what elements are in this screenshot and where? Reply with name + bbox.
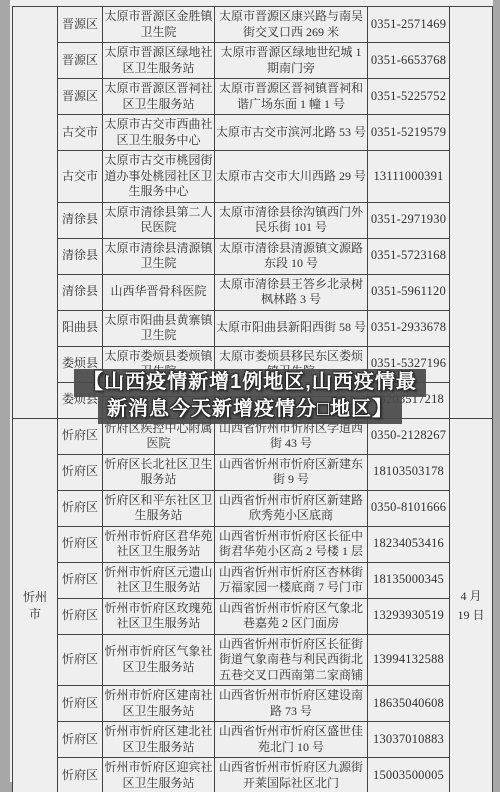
facility-name-cell: 太原市晋源区晋祠社区卫生服务站 bbox=[103, 79, 215, 114]
facility-name-cell: 忻州市忻府区玫瑰苑社区卫生服务站 bbox=[103, 599, 215, 634]
table-row: 忻府区忻州市忻府区建北社区卫生服务站山西省忻州市忻府区盛世佳苑北门 10 号13… bbox=[58, 722, 449, 758]
phone-cell: 0351-5219579 bbox=[368, 115, 449, 150]
address-cell: 山西省忻州市忻府区学道西街 43 号 bbox=[215, 419, 368, 454]
phone-cell: 13994132588 bbox=[368, 635, 449, 686]
district-cell: 娄烦县 bbox=[58, 383, 103, 418]
table-row: 阳曲县太原市阳曲县黄寨镇卫生院太原市阳曲县新阳西街 58 号0351-29336… bbox=[58, 311, 449, 347]
table-row: 娄烦县太原市娄烦县娄烦镇卫生院太原市娄烦县移民东区娄烦镇卫生院0351-5327… bbox=[58, 347, 449, 383]
phone-cell: 0351-6653768 bbox=[368, 43, 449, 78]
date-cell: 4 月 19 日 bbox=[449, 419, 492, 792]
district-cell: 晋源区 bbox=[58, 7, 103, 42]
phone-cell: 18135000345 bbox=[368, 563, 449, 598]
group-rows: 忻府区忻府区疾控中心附属医院山西省忻州市忻府区学道西街 43 号0350-212… bbox=[58, 419, 449, 792]
address-cell: 太原市清徐县王答乡北录树枫林路 3 号 bbox=[215, 275, 368, 310]
health-facility-table: 晋源区太原市晋源区金胜镇卫生院太原市晋源区康兴路与南吴街交叉口西 269 米03… bbox=[12, 6, 493, 792]
table-row: 清徐县山西华晋骨科医院太原市清徐县王答乡北录树枫林路 3 号0351-59611… bbox=[58, 275, 449, 311]
phone-cell: 0350-8101666 bbox=[368, 491, 449, 526]
address-cell: 太原市清徐县徐沟镇西门外民乐街 101 号 bbox=[215, 203, 368, 238]
address-cell: 山西省忻州市忻府区气象北巷嘉苑 2 区门面房 bbox=[215, 599, 368, 634]
address-cell: 太原市阳曲县新阳西街 58 号 bbox=[215, 311, 368, 346]
address-cell: 山西省忻州市忻府区建设南路 73 号 bbox=[215, 686, 368, 721]
screenshot-page: 晋源区太原市晋源区金胜镇卫生院太原市晋源区康兴路与南吴街交叉口西 269 米03… bbox=[0, 0, 500, 792]
address-cell: 山西省忻州市忻府区长征街街道气象南巷与利民西街北五巷交叉口西南第二家商铺 bbox=[215, 635, 368, 686]
district-cell: 忻府区 bbox=[58, 527, 103, 562]
district-cell: 忻府区 bbox=[58, 635, 103, 686]
district-cell: 忻府区 bbox=[58, 599, 103, 634]
facility-name-cell: 太原市晋源区金胜镇卫生院 bbox=[103, 7, 215, 42]
address-cell: 山西省忻州市忻府区盛世佳苑北门 10 号 bbox=[215, 722, 368, 757]
facility-name-cell: 忻州市忻府区建南社区卫生服务站 bbox=[103, 686, 215, 721]
phone-cell: 18103503178 bbox=[368, 455, 449, 490]
phone-cell: 0350-2128267 bbox=[368, 419, 449, 454]
address-cell: 太原市清徐县清源镇文源路东段 10 号 bbox=[215, 239, 368, 274]
address-cell: 山西省忻州市忻府区杏林街万福家园一楼底商 7 号门市 bbox=[215, 563, 368, 598]
facility-name-cell: 忻府区长北社区卫生服务站 bbox=[103, 455, 215, 490]
facility-name-cell: 忻州市忻府区君华苑社区卫生服务站 bbox=[103, 527, 215, 562]
district-cell: 阳曲县 bbox=[58, 311, 103, 346]
address-cell: 太原市古交市大川西路 29 号 bbox=[215, 151, 368, 202]
phone-cell: 0351-2971930 bbox=[368, 203, 449, 238]
district-cell: 忻府区 bbox=[58, 722, 103, 757]
phone-cell: 0351-5961120 bbox=[368, 275, 449, 310]
city-cell bbox=[13, 7, 58, 418]
district-cell: 清徐县 bbox=[58, 203, 103, 238]
date-cell bbox=[449, 7, 492, 418]
address-cell: 太原市晋源区绿地世纪城 1 期南门旁 bbox=[215, 43, 368, 78]
district-cell: 忻府区 bbox=[58, 686, 103, 721]
table-row: 忻府区忻府区和平东社区卫生服务站山西省忻州市忻府区新建路欣秀苑小区底商0350-… bbox=[58, 491, 449, 527]
facility-name-cell: 忻州市忻府区迎宾社区卫生服务站 bbox=[103, 758, 215, 792]
address-cell: 山西省忻州市忻府区长征中街君华苑小区高 2 号楼 1 层 bbox=[215, 527, 368, 562]
address-cell: 山西省忻州市忻府区新建东街 9 号 bbox=[215, 455, 368, 490]
district-cell: 晋源区 bbox=[58, 43, 103, 78]
facility-name-cell bbox=[103, 383, 215, 418]
address-cell bbox=[215, 383, 368, 418]
city-group-0: 晋源区太原市晋源区金胜镇卫生院太原市晋源区康兴路与南吴街交叉口西 269 米03… bbox=[13, 7, 492, 419]
phone-cell: 15003500005 bbox=[368, 758, 449, 792]
facility-name-cell: 太原市晋源区绿地社区卫生服务站 bbox=[103, 43, 215, 78]
table-row: 忻府区忻州市忻府区迎宾社区卫生服务站山西省忻州市忻府区九源街开莱国际社区北门15… bbox=[58, 758, 449, 792]
phone-cell: 0351-5225752 bbox=[368, 79, 449, 114]
address-cell: 太原市晋源区晋祠镇晋祠和谐广场东面 1 幢 1 号 bbox=[215, 79, 368, 114]
table-row: 忻府区忻州市忻府区玫瑰苑社区卫生服务站山西省忻州市忻府区气象北巷嘉苑 2 区门面… bbox=[58, 599, 449, 635]
table-row: 忻府区忻府区长北社区卫生服务站山西省忻州市忻府区新建东街 9 号18103503… bbox=[58, 455, 449, 491]
facility-name-cell: 忻州市忻府区元遗山社区卫生服务站 bbox=[103, 563, 215, 598]
phone-cell: 0351-2571469 bbox=[368, 7, 449, 42]
district-cell: 忻府区 bbox=[58, 419, 103, 454]
facility-name-cell: 忻州市忻府区气象社区卫生服务站 bbox=[103, 635, 215, 686]
city-group-1: 忻州 市忻府区忻府区疾控中心附属医院山西省忻州市忻府区学道西街 43 号0350… bbox=[13, 419, 492, 792]
table-row: 清徐县太原市清徐县第二人民医院太原市清徐县徐沟镇西门外民乐街 101 号0351… bbox=[58, 203, 449, 239]
table-row: 清徐县太原市清徐县清源镇卫生院太原市清徐县清源镇文源路东段 10 号0351-5… bbox=[58, 239, 449, 275]
facility-name-cell: 太原市清徐县清源镇卫生院 bbox=[103, 239, 215, 274]
phone-cell: 0351-5723168 bbox=[368, 239, 449, 274]
table-row: 忻府区忻州市忻府区元遗山社区卫生服务站山西省忻州市忻府区杏林街万福家园一楼底商 … bbox=[58, 563, 449, 599]
table-row: 忻府区忻州市忻府区君华苑社区卫生服务站山西省忻州市忻府区长征中街君华苑小区高 2… bbox=[58, 527, 449, 563]
facility-name-cell: 太原市古交市西曲社区卫生服务中心 bbox=[103, 115, 215, 150]
group-rows: 晋源区太原市晋源区金胜镇卫生院太原市晋源区康兴路与南吴街交叉口西 269 米03… bbox=[58, 7, 449, 418]
address-cell: 太原市古交市滨河北路 53 号 bbox=[215, 115, 368, 150]
address-cell: 太原市晋源区康兴路与南吴街交叉口西 269 米 bbox=[215, 7, 368, 42]
district-cell: 忻府区 bbox=[58, 563, 103, 598]
table-row: 忻府区忻州市忻府区建南社区卫生服务站山西省忻州市忻府区建设南路 73 号1863… bbox=[58, 686, 449, 722]
phone-cell: 13111000391 bbox=[368, 151, 449, 202]
table-row: 娄烦县18203517218 bbox=[58, 383, 449, 418]
facility-name-cell: 山西华晋骨科医院 bbox=[103, 275, 215, 310]
district-cell: 忻府区 bbox=[58, 491, 103, 526]
table-row: 古交市太原市古交市桃园街道办事处桃园社区卫生服务中心太原市古交市大川西路 29 … bbox=[58, 151, 449, 203]
district-cell: 娄烦县 bbox=[58, 347, 103, 382]
city-cell: 忻州 市 bbox=[13, 419, 58, 792]
table-row: 晋源区太原市晋源区晋祠社区卫生服务站太原市晋源区晋祠镇晋祠和谐广场东面 1 幢 … bbox=[58, 79, 449, 115]
phone-cell: 18635040608 bbox=[368, 686, 449, 721]
facility-name-cell: 太原市阳曲县黄寨镇卫生院 bbox=[103, 311, 215, 346]
district-cell: 忻府区 bbox=[58, 455, 103, 490]
district-cell: 忻府区 bbox=[58, 758, 103, 792]
district-cell: 清徐县 bbox=[58, 275, 103, 310]
phone-cell: 18234053416 bbox=[368, 527, 449, 562]
address-cell: 山西省忻州市忻府区新建路欣秀苑小区底商 bbox=[215, 491, 368, 526]
facility-name-cell: 太原市娄烦县娄烦镇卫生院 bbox=[103, 347, 215, 382]
district-cell: 古交市 bbox=[58, 151, 103, 202]
facility-name-cell: 忻府区疾控中心附属医院 bbox=[103, 419, 215, 454]
address-cell: 山西省忻州市忻府区九源街开莱国际社区北门 bbox=[215, 758, 368, 792]
district-cell: 古交市 bbox=[58, 115, 103, 150]
facility-name-cell: 忻州市忻府区建北社区卫生服务站 bbox=[103, 722, 215, 757]
phone-cell: 0351-2933678 bbox=[368, 311, 449, 346]
address-cell: 太原市娄烦县移民东区娄烦镇卫生院 bbox=[215, 347, 368, 382]
facility-name-cell: 太原市清徐县第二人民医院 bbox=[103, 203, 215, 238]
table-row: 晋源区太原市晋源区绿地社区卫生服务站太原市晋源区绿地世纪城 1 期南门旁0351… bbox=[58, 43, 449, 79]
table-row: 忻府区忻府区疾控中心附属医院山西省忻州市忻府区学道西街 43 号0350-212… bbox=[58, 419, 449, 455]
table-row: 晋源区太原市晋源区金胜镇卫生院太原市晋源区康兴路与南吴街交叉口西 269 米03… bbox=[58, 7, 449, 43]
district-cell: 晋源区 bbox=[58, 79, 103, 114]
facility-name-cell: 太原市古交市桃园街道办事处桃园社区卫生服务中心 bbox=[103, 151, 215, 202]
phone-cell: 0351-5327196 bbox=[368, 347, 449, 382]
facility-name-cell: 忻府区和平东社区卫生服务站 bbox=[103, 491, 215, 526]
phone-cell: 18203517218 bbox=[368, 383, 449, 418]
district-cell: 清徐县 bbox=[58, 239, 103, 274]
table-row: 古交市太原市古交市西曲社区卫生服务中心太原市古交市滨河北路 53 号0351-5… bbox=[58, 115, 449, 151]
table-row: 忻府区忻州市忻府区气象社区卫生服务站山西省忻州市忻府区长征街街道气象南巷与利民西… bbox=[58, 635, 449, 687]
phone-cell: 13293930519 bbox=[368, 599, 449, 634]
phone-cell: 13037010883 bbox=[368, 722, 449, 757]
